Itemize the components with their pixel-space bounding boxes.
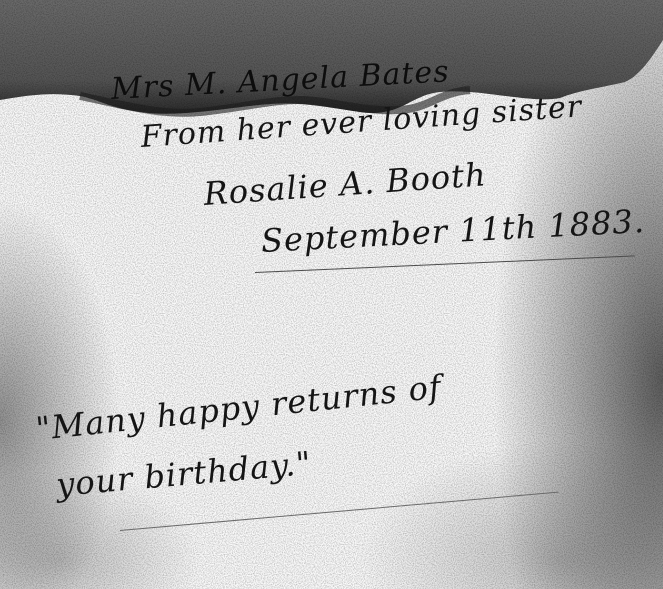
document-page: Mrs M. Angela Bates From her ever loving…	[0, 0, 663, 589]
date-underline	[255, 255, 635, 273]
message-line-2: your birthday."	[55, 444, 314, 504]
date-line: September 11th 1883.	[260, 202, 646, 260]
message-underline	[120, 492, 558, 531]
sender-name: Rosalie A. Booth	[202, 155, 487, 213]
message-line-1: "Many happy returns of	[34, 368, 443, 448]
